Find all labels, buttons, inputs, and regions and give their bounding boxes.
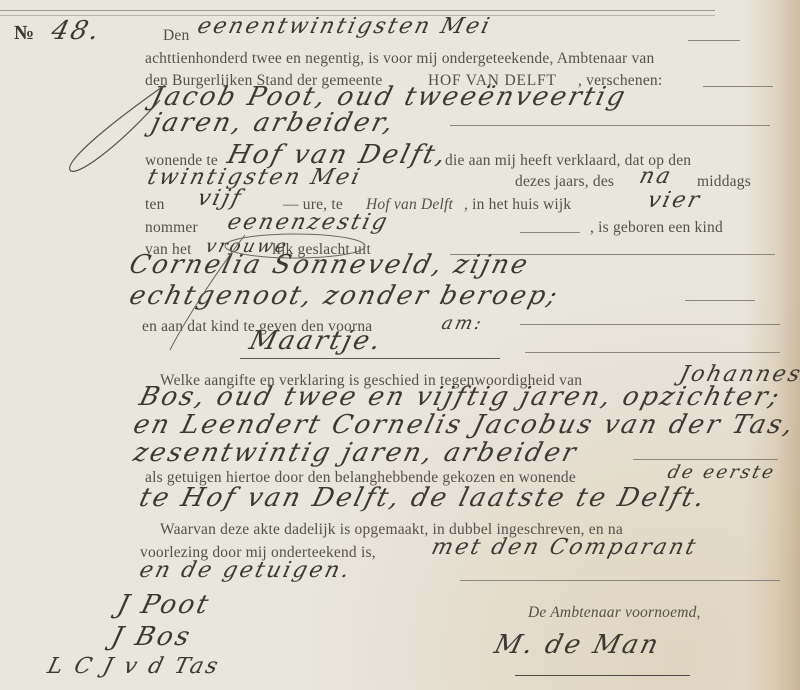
record-number-label: № <box>14 22 34 45</box>
text-middags: middags <box>697 173 751 191</box>
fill-line <box>525 352 780 353</box>
handwritten-house-number: eenenzestig <box>225 210 392 235</box>
handwritten-witness-1: Bos, oud twee en vijftig jaren, opzichte… <box>136 382 784 412</box>
handwritten-wijk: vier <box>645 188 704 213</box>
handwritten-witness-residences: te Hof van Delft, de laatste te Delft. <box>136 483 710 513</box>
signature-underline <box>515 675 690 676</box>
handwritten-de-eerste: de eerste <box>665 462 778 483</box>
fill-line <box>460 580 780 581</box>
signature-witness-2: L C J v d Tas <box>45 654 223 679</box>
handwritten-witness-2: en Leendert Cornelis Jacobus van der Tas… <box>130 410 800 440</box>
scanned-document-page: № 48. Den eenentwintigsten Mei achttienh… <box>0 0 800 690</box>
fill-line <box>633 459 778 460</box>
text-line-9: , is geboren een kind <box>590 219 723 237</box>
fill-line <box>520 324 780 325</box>
handwritten-child-name: Maartje. <box>246 326 386 356</box>
text-ten: ten <box>145 196 165 214</box>
text-line-2: achttienhonderd twee en negentig, is voo… <box>145 50 654 68</box>
handwritten-declarant-occupation: jaren, arbeider, <box>148 108 398 138</box>
signature-official: M. de Man <box>491 630 663 660</box>
fill-line <box>520 232 580 233</box>
handwritten-witness-2-details: zesentwintig jaren, arbeider <box>130 438 581 468</box>
handwritten-voornaam-suffix: am: <box>439 313 486 334</box>
handwritten-hour: vijf <box>195 186 246 211</box>
official-label: De Ambtenaar voornoemd, <box>528 604 701 622</box>
text-huis-wijk: , in het huis wijk <box>464 196 571 214</box>
fill-line <box>450 125 770 126</box>
handwritten-mother-details: echtgenoot, zonder beroep; <box>126 281 562 311</box>
text-den: Den <box>163 27 189 45</box>
handwritten-comparant: met den Comparant <box>429 535 700 560</box>
handwritten-birth-date: twintigsten Mei <box>145 165 364 190</box>
record-number: 48. <box>48 16 104 46</box>
fill-line <box>688 40 740 41</box>
text-nommer: nommer <box>145 219 198 237</box>
signature-witness-1: J Bos <box>108 622 195 652</box>
handwritten-na: na <box>637 164 676 189</box>
fill-line <box>703 86 773 87</box>
handwritten-getuigen: en de getuigen. <box>137 558 354 583</box>
text-line-7: dezes jaars, des <box>515 173 614 191</box>
handwritten-date: eenentwintigsten Mei <box>195 14 494 39</box>
underline-child-name <box>240 358 500 359</box>
fill-line <box>685 300 755 301</box>
handwritten-mother: Cornelia Sonneveld, zijne <box>126 250 533 280</box>
signature-declarant: J Poot <box>114 590 213 620</box>
